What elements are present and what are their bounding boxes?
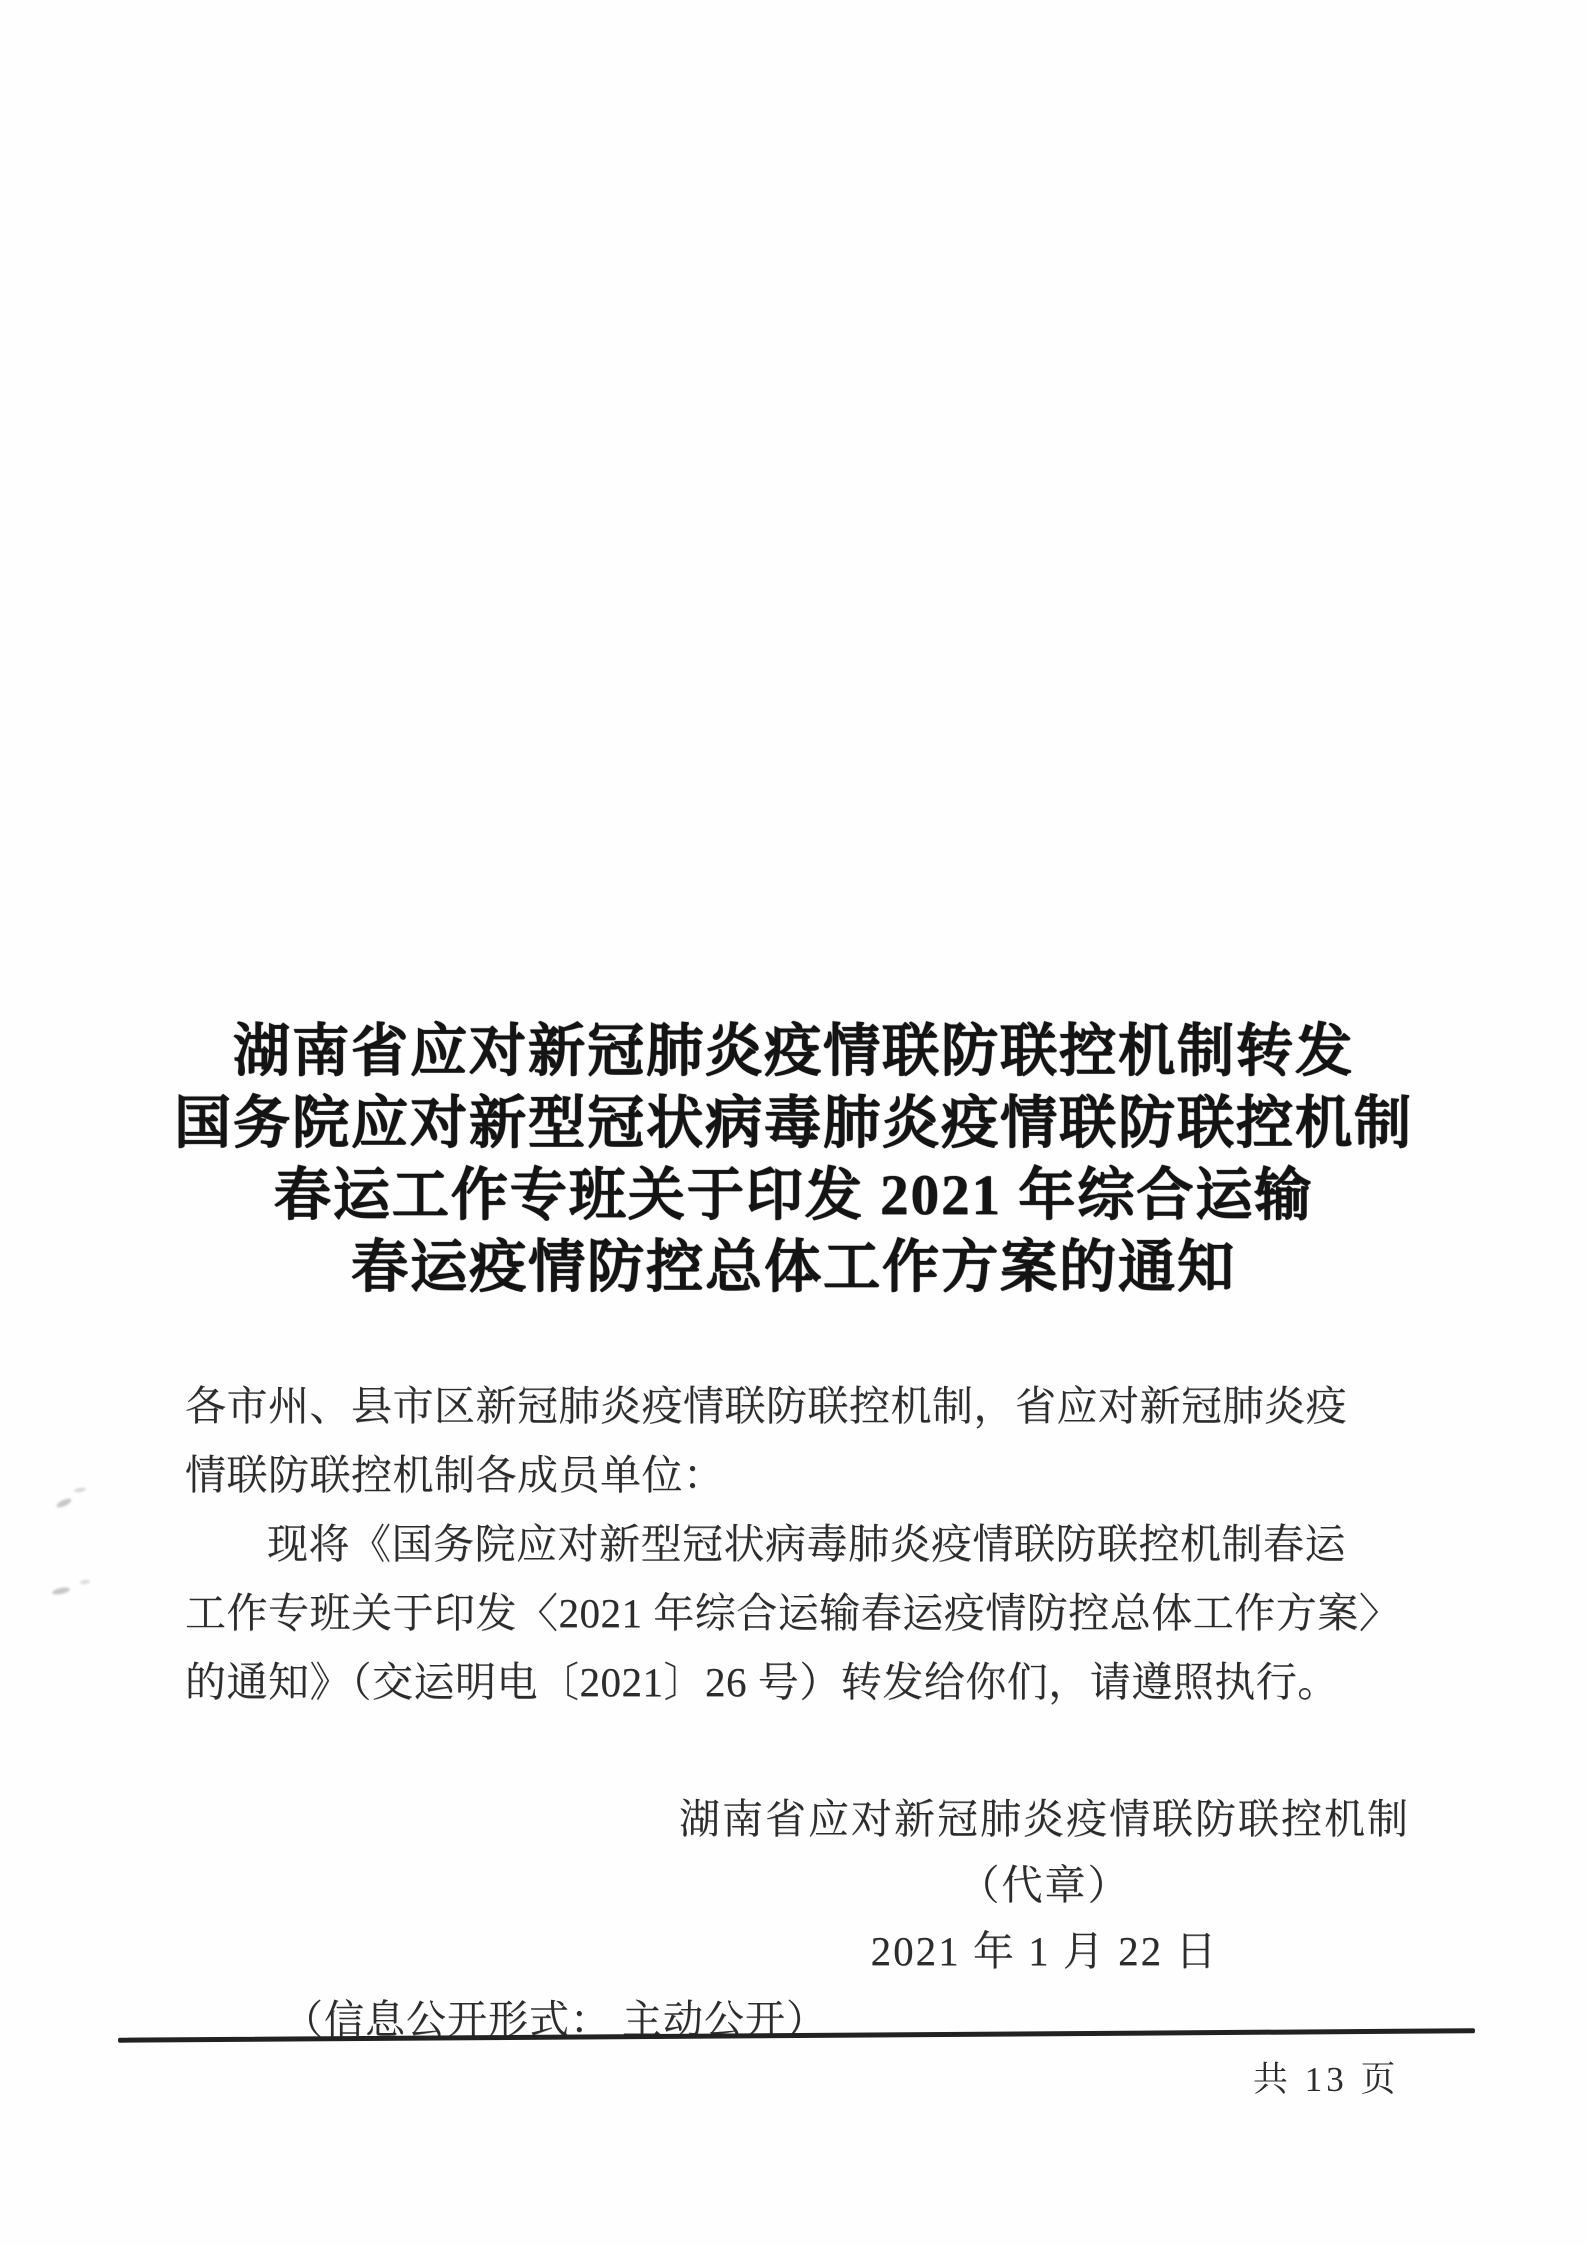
salutation-line-1: 各市州、县市区新冠肺炎疫情联防联控机制，省应对新冠肺炎疫	[185, 1372, 1465, 1441]
scan-smudge-artifact	[52, 1586, 71, 1596]
title-line-2: 国务院应对新型冠状病毒肺炎疫情联防联控机制	[0, 1088, 1587, 1160]
document-page: 湖南省应对新冠肺炎疫情联防联控机制转发 国务院应对新型冠状病毒肺炎疫情联防联控机…	[0, 0, 1587, 2246]
body-line-2: 工作专班关于印发〈2021 年综合运输春运疫情防控总体工作方案〉	[185, 1579, 1465, 1648]
scan-smudge-artifact	[80, 1579, 90, 1584]
body-line-3: 的通知》（交运明电〔2021〕26 号）转发给你们，请遵照执行。	[185, 1648, 1465, 1717]
signature-date: 2021 年 1 月 22 日	[679, 1918, 1410, 1984]
scan-smudge-artifact	[55, 1497, 72, 1509]
document-title: 湖南省应对新冠肺炎疫情联防联控机制转发 国务院应对新型冠状病毒肺炎疫情联防联控机…	[0, 1016, 1587, 1304]
body-line-1: 现将《国务院应对新型冠状病毒肺炎疫情联防联控机制春运	[185, 1510, 1465, 1579]
title-line-3: 春运工作专班关于印发 2021 年综合运输	[0, 1160, 1587, 1232]
page-count: 共 13 页	[1253, 2052, 1400, 2102]
title-line-1: 湖南省应对新冠肺炎疫情联防联控机制转发	[0, 1016, 1587, 1088]
title-line-4: 春运疫情防控总体工作方案的通知	[0, 1232, 1587, 1304]
signature-organization: 湖南省应对新冠肺炎疫情联防联控机制	[679, 1786, 1410, 1852]
signature-seal-note: （代章）	[679, 1852, 1410, 1918]
salutation-line-2: 情联防联控机制各成员单位：	[185, 1441, 1465, 1510]
document-body: 各市州、县市区新冠肺炎疫情联防联控机制，省应对新冠肺炎疫 情联防联控机制各成员单…	[185, 1372, 1465, 1717]
scan-smudge-artifact	[74, 1487, 87, 1493]
signature-block: 湖南省应对新冠肺炎疫情联防联控机制 （代章） 2021 年 1 月 22 日	[679, 1786, 1410, 1984]
